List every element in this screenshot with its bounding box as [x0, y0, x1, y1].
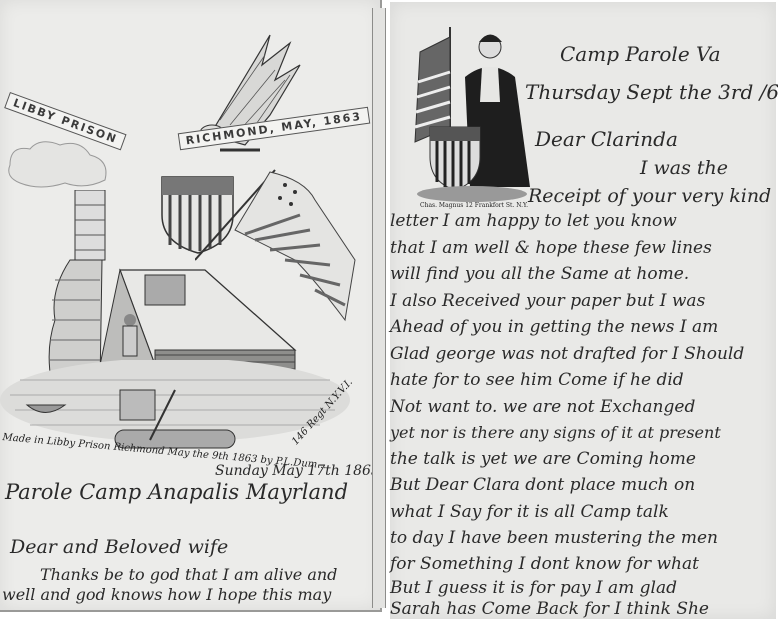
right-letter-body-line: I also Received your paper but I was	[390, 291, 705, 311]
left-letter-salutation: Dear and Beloved wife	[10, 536, 228, 558]
page-edge-divider	[372, 8, 386, 608]
right-letter-body-line: I was the	[640, 157, 728, 179]
left-letter-body-line: Thanks be to god that I am alive and	[40, 565, 337, 584]
left-letter-date: Sunday May 17th 1863	[215, 463, 380, 479]
right-letter-body-line: that I am well & hope these few lines	[390, 238, 712, 258]
right-letter-body-line: Glad george was not drafted for I Should	[390, 344, 744, 364]
right-letter-page: Chas. Magnus 12 Frankfort St. N.Y. Camp …	[390, 2, 776, 619]
right-letter-body-line: the talk is yet we are Coming home	[390, 449, 696, 469]
right-letter-body-line: But I guess it is for pay I am glad	[390, 578, 677, 598]
columbia-flag-engraving-icon	[410, 22, 535, 202]
right-letter-body-line: for Something I dont know for what	[390, 554, 699, 574]
right-letter-date: Thursday Sept the 3rd /63	[525, 80, 778, 104]
engraving-credit: Chas. Magnus 12 Frankfort St. N.Y.	[420, 202, 528, 209]
right-letter-body-line: letter I am happy to let you know	[390, 211, 677, 231]
right-letter-body-line: to day I have been mustering the men	[390, 528, 718, 548]
smoke-cloud-icon	[5, 135, 115, 195]
right-letter-body-line: But Dear Clara dont place much on	[390, 475, 695, 495]
right-letter-body-line: what I Say for it is all Camp talk	[390, 502, 669, 522]
right-letter-place: Camp Parole Va	[560, 42, 721, 66]
right-letter-salutation: Dear Clarinda	[535, 127, 678, 151]
left-letter-place: Parole Camp Anapalis Mayrland	[5, 480, 348, 504]
eagle-illustration-icon	[150, 25, 320, 175]
right-letter-body-line: Receipt of your very kind	[528, 185, 771, 207]
right-letter-body-line: Not want to. we are not Exchanged	[390, 397, 695, 417]
left-letter-page: LIBBY PRISON RICHMOND, MAY, 1863	[0, 0, 382, 612]
right-letter-body-line: hate for to see him Come if he did	[390, 370, 684, 390]
left-letter-body-line: well and god knows how I hope this may	[2, 585, 331, 604]
right-letter-body-line: yet nor is there any signs of it at pres…	[390, 423, 721, 442]
right-letter-body-line: Sarah has Come Back for I think She	[390, 599, 709, 619]
right-letter-body-line: will find you all the Same at home.	[390, 264, 689, 284]
right-letter-body-line: Ahead of you in getting the news I am	[390, 317, 718, 337]
